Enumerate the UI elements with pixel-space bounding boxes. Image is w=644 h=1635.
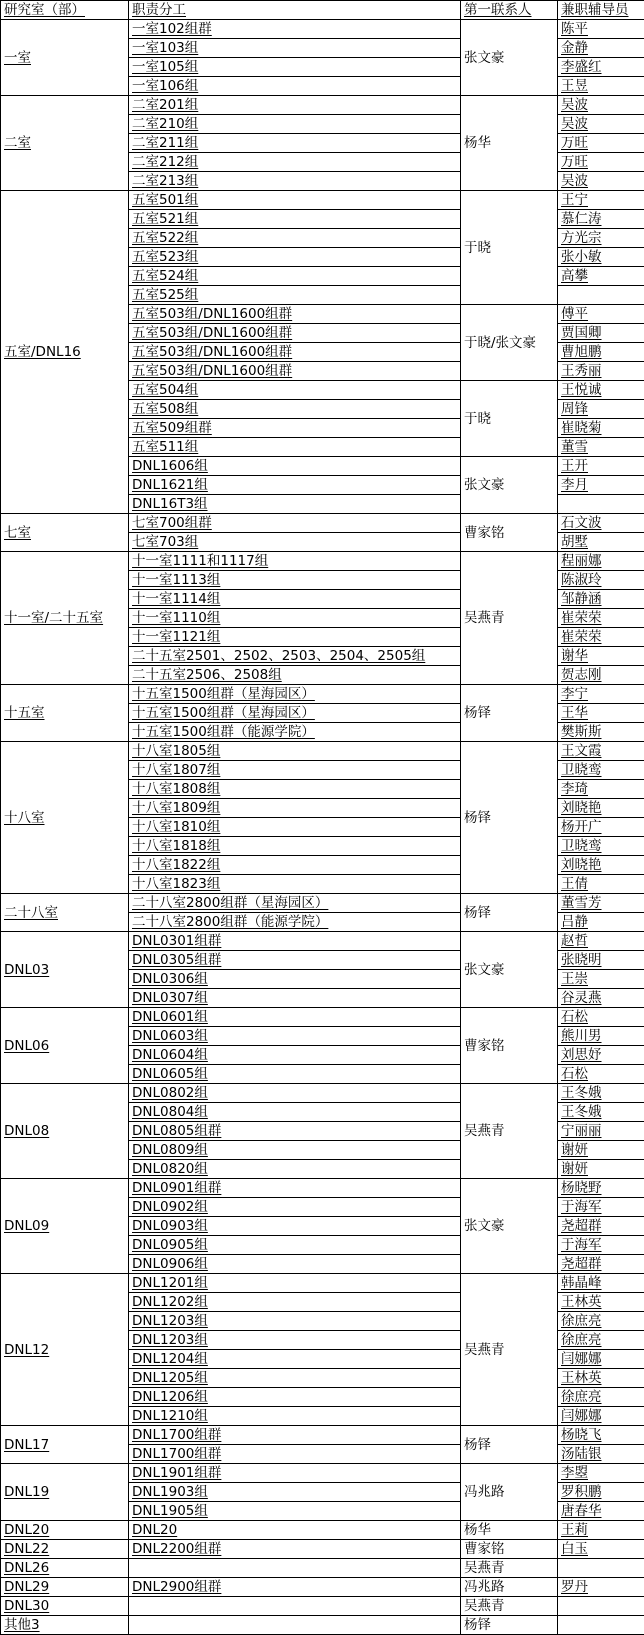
- duty-label: 五室503组/DNL1600组群: [132, 344, 292, 360]
- office-label: DNL17: [4, 1437, 49, 1453]
- counselor-label: 李琦: [561, 781, 588, 797]
- counselor-label: 石松: [561, 1066, 588, 1082]
- duty-label: DNL0306组: [132, 971, 208, 987]
- contact-label: 曹家铭: [464, 1541, 505, 1557]
- contact-cell: 张文豪: [461, 1179, 558, 1274]
- counselor-cell: 杨晓野: [558, 1179, 644, 1198]
- header-duty-label: 职责分工: [132, 2, 186, 18]
- duty-label: DNL0906组: [132, 1256, 208, 1272]
- duty-label: DNL1901组群: [132, 1465, 221, 1481]
- counselor-cell: 陈淑玲: [558, 571, 644, 590]
- duty-label: DNL2200组群: [132, 1541, 221, 1557]
- counselor-label: 刘晓艳: [561, 800, 602, 816]
- duty-label: 十一室1121组: [132, 629, 220, 645]
- duty-label: DNL1903组: [132, 1484, 208, 1500]
- duty-cell: DNL20: [129, 1521, 461, 1540]
- duty-label: DNL2900组群: [132, 1579, 221, 1595]
- duty-label: 二十八室2800组群（能源学院）: [132, 914, 328, 930]
- counselor-cell: 刘思妤: [558, 1046, 644, 1065]
- counselor-cell: 陈平: [558, 20, 644, 39]
- contact-cell: 杨铎: [461, 685, 558, 742]
- duty-cell: 十一室1113组: [129, 571, 461, 590]
- counselor-label: 张小敏: [561, 249, 602, 265]
- office-cell: 七室: [1, 514, 129, 552]
- table-row: DNL20DNL20杨华王莉: [1, 1521, 644, 1540]
- duty-label: 五室503组/DNL1600组群: [132, 325, 292, 341]
- counselor-label: 王文霞: [561, 743, 602, 759]
- duty-label: DNL1210组: [132, 1408, 208, 1424]
- duty-label: DNL0805组群: [132, 1123, 221, 1139]
- counselor-label: 徐庶亮: [561, 1332, 602, 1348]
- contact-label: 杨铎: [464, 1437, 491, 1453]
- duty-label: 十五室1500组群（能源学院）: [132, 724, 315, 740]
- counselor-label: 高攀: [561, 268, 588, 284]
- counselor-cell: 周锋: [558, 400, 644, 419]
- counselor-cell: 尧超群: [558, 1255, 644, 1274]
- counselor-cell: [558, 1616, 644, 1635]
- duty-cell: 五室521组: [129, 210, 461, 229]
- duty-cell: 十一室1114组: [129, 590, 461, 609]
- duty-cell: 五室508组: [129, 400, 461, 419]
- counselor-label: 王秀丽: [561, 363, 602, 379]
- counselor-label: 石松: [561, 1009, 588, 1025]
- contact-label: 于晓: [464, 240, 491, 256]
- contact-cell: 杨华: [461, 1521, 558, 1540]
- contact-label: 杨华: [464, 135, 491, 151]
- counselor-label: 王昱: [561, 78, 588, 94]
- contact-cell: 曹家铭: [461, 1540, 558, 1559]
- counselor-label: 李宁: [561, 686, 588, 702]
- duty-cell: DNL1905组: [129, 1502, 461, 1521]
- counselor-label: 陈淑玲: [561, 572, 602, 588]
- counselor-label: 刘思妤: [561, 1047, 602, 1063]
- office-label: 二室: [4, 135, 31, 151]
- office-label: DNL09: [4, 1218, 49, 1234]
- duty-cell: DNL0901组群: [129, 1179, 461, 1198]
- counselor-label: 王悦诚: [561, 382, 602, 398]
- counselor-cell: 卫晓鸾: [558, 761, 644, 780]
- counselor-cell: 杨晓飞: [558, 1426, 644, 1445]
- counselor-cell: 崔荣荣: [558, 628, 644, 647]
- table-row: 七室七室700组群曹家铭石文波: [1, 514, 644, 533]
- duty-cell: 十五室1500组群（星海园区）: [129, 685, 461, 704]
- duty-label: 二十八室2800组群（星海园区）: [132, 895, 328, 911]
- duty-cell: DNL0605组: [129, 1065, 461, 1084]
- duty-cell: 十八室1818组: [129, 837, 461, 856]
- office-label: DNL20: [4, 1522, 49, 1538]
- counselor-label: 徐庶亮: [561, 1389, 602, 1405]
- office-cell: DNL22: [1, 1540, 129, 1559]
- duty-cell: DNL1210组: [129, 1407, 461, 1426]
- counselor-cell: 谢妍: [558, 1160, 644, 1179]
- counselor-cell: 石文波: [558, 514, 644, 533]
- duty-cell: 五室509组群: [129, 419, 461, 438]
- duty-label: 五室511组: [132, 439, 198, 455]
- counselor-label: 方光宗: [561, 230, 602, 246]
- office-cell: DNL30: [1, 1597, 129, 1616]
- counselor-cell: 方光宗: [558, 229, 644, 248]
- duty-label: 十八室1810组: [132, 819, 220, 835]
- counselor-cell: 王冬娥: [558, 1103, 644, 1122]
- counselor-label: 董雪: [561, 439, 588, 455]
- duty-cell: 十八室1822组: [129, 856, 461, 875]
- duty-label: 二十五室2501、2502、2503、2504、2505组: [132, 648, 425, 664]
- office-label: 七室: [4, 525, 31, 541]
- counselor-cell: 吴波: [558, 172, 644, 191]
- duty-label: 二十五室2506、2508组: [132, 667, 282, 683]
- duty-label: DNL1203组: [132, 1313, 208, 1329]
- office-label: 五室/DNL16: [4, 344, 81, 360]
- duty-cell: 五室503组/DNL1600组群: [129, 324, 461, 343]
- duty-label: DNL1700组群: [132, 1427, 221, 1443]
- duty-cell: 五室501组: [129, 191, 461, 210]
- duty-label: 十五室1500组群（星海园区）: [132, 705, 315, 721]
- duty-cell: DNL1621组: [129, 476, 461, 495]
- duty-cell: DNL1204组: [129, 1350, 461, 1369]
- duty-label: DNL0901组群: [132, 1180, 221, 1196]
- duty-cell: 十八室1809组: [129, 799, 461, 818]
- duty-cell: 二室213组: [129, 172, 461, 191]
- office-cell: 二十八室: [1, 894, 129, 932]
- counselor-cell: 汤陆银: [558, 1445, 644, 1464]
- office-label: DNL12: [4, 1342, 49, 1358]
- table-row: DNL30吴燕青: [1, 1597, 644, 1616]
- duty-cell: DNL1203组: [129, 1312, 461, 1331]
- counselor-cell: 董雪: [558, 438, 644, 457]
- counselor-cell: 王宁: [558, 191, 644, 210]
- counselor-label: 贺志刚: [561, 667, 602, 683]
- office-label: 十五室: [4, 705, 45, 721]
- duty-cell: 二十五室2501、2502、2503、2504、2505组: [129, 647, 461, 666]
- office-cell: 五室/DNL16: [1, 191, 129, 514]
- counselor-label: 杨晓野: [561, 1180, 602, 1196]
- office-label: 一室: [4, 50, 31, 66]
- office-cell: DNL26: [1, 1559, 129, 1578]
- counselor-label: 卫晓鸾: [561, 838, 602, 854]
- office-label: DNL29: [4, 1579, 49, 1595]
- table-row: 十一室/二十五室十一室1111和1117组吴燕青程丽娜: [1, 552, 644, 571]
- duty-cell: DNL1903组: [129, 1483, 461, 1502]
- table-row: DNL06DNL0601组曹家铭石松: [1, 1008, 644, 1027]
- table-row: 二十八室二十八室2800组群（星海园区）杨铎董雪芳: [1, 894, 644, 913]
- counselor-cell: 韩晶峰: [558, 1274, 644, 1293]
- counselor-cell: 王华: [558, 704, 644, 723]
- duty-label: 五室504组: [132, 382, 198, 398]
- duty-label: 五室525组: [132, 287, 198, 303]
- office-label: DNL03: [4, 962, 49, 978]
- office-cell: DNL08: [1, 1084, 129, 1179]
- counselor-label: 王宁: [561, 192, 588, 208]
- counselor-cell: [558, 286, 644, 305]
- counselor-cell: 徐庶亮: [558, 1331, 644, 1350]
- counselor-label: 董雪芳: [561, 895, 602, 911]
- duty-label: 一室106组: [132, 78, 198, 94]
- duty-label: 五室508组: [132, 401, 198, 417]
- contact-label: 杨铎: [464, 1617, 491, 1633]
- counselor-cell: 曹旭鹏: [558, 343, 644, 362]
- counselor-label: 白玉: [561, 1541, 588, 1557]
- office-label: 二十八室: [4, 905, 58, 921]
- office-cell: DNL12: [1, 1274, 129, 1426]
- contact-label: 张文豪: [464, 1218, 505, 1234]
- duty-cell: DNL0802组: [129, 1084, 461, 1103]
- counselor-label: 吕静: [561, 914, 588, 930]
- counselor-cell: 金静: [558, 39, 644, 58]
- duty-label: DNL0603组: [132, 1028, 208, 1044]
- duty-label: DNL1621组: [132, 477, 208, 493]
- office-label: 其他3: [4, 1617, 40, 1633]
- counselor-label: 唐春华: [561, 1503, 602, 1519]
- duty-cell: DNL2900组群: [129, 1578, 461, 1597]
- counselor-label: 金静: [561, 40, 588, 56]
- contact-label: 冯兆路: [464, 1484, 505, 1500]
- counselor-label: 刘晓艳: [561, 857, 602, 873]
- duty-cell: 十一室1110组: [129, 609, 461, 628]
- header-contact-label: 第一联系人: [464, 2, 532, 18]
- header-cell-office: 研究室（部）: [1, 1, 129, 20]
- duty-assignment-table: 研究室（部） 职责分工 第一联系人 兼职辅导员 一室一室102组群张文豪陈平一室…: [0, 0, 644, 1635]
- contact-cell: 杨铎: [461, 742, 558, 894]
- counselor-cell: 王冬娥: [558, 1084, 644, 1103]
- duty-label: 五室522组: [132, 230, 198, 246]
- counselor-label: 王冬娥: [561, 1104, 602, 1120]
- duty-label: DNL0804组: [132, 1104, 208, 1120]
- duty-cell: DNL0804组: [129, 1103, 461, 1122]
- duty-cell: 十五室1500组群（星海园区）: [129, 704, 461, 723]
- duty-label: 五室523组: [132, 249, 198, 265]
- duty-label: 十八室1808组: [132, 781, 220, 797]
- duty-label: 一室103组: [132, 40, 198, 56]
- counselor-cell: 王莉: [558, 1521, 644, 1540]
- duty-label: DNL0809组: [132, 1142, 208, 1158]
- duty-cell: 二十五室2506、2508组: [129, 666, 461, 685]
- duty-label: DNL1206组: [132, 1389, 208, 1405]
- duty-label: 十八室1823组: [132, 876, 220, 892]
- counselor-cell: 吴波: [558, 115, 644, 134]
- duty-label: DNL16T3组: [132, 496, 208, 512]
- contact-cell: 于晓/张文豪: [461, 305, 558, 381]
- counselor-label: 万旺: [561, 154, 588, 170]
- duty-cell: 一室102组群: [129, 20, 461, 39]
- header-cell-duty: 职责分工: [129, 1, 461, 20]
- contact-cell: 于晓: [461, 381, 558, 457]
- table-row: 五室/DNL16五室501组于晓王宁: [1, 191, 644, 210]
- table-row: DNL08DNL0802组吴燕青王冬娥: [1, 1084, 644, 1103]
- counselor-cell: 慕仁涛: [558, 210, 644, 229]
- counselor-label: 樊斯斯: [561, 724, 602, 740]
- duty-label: DNL0604组: [132, 1047, 208, 1063]
- table-row: DNL17DNL1700组群杨铎杨晓飞: [1, 1426, 644, 1445]
- counselor-cell: 张小敏: [558, 248, 644, 267]
- counselor-cell: 徐庶亮: [558, 1388, 644, 1407]
- duty-label: 二室213组: [132, 173, 198, 189]
- contact-label: 曹家铭: [464, 525, 505, 541]
- duty-label: DNL20: [132, 1522, 177, 1538]
- counselor-cell: 邹静涵: [558, 590, 644, 609]
- counselor-label: 李曌: [561, 1465, 588, 1481]
- office-label: 十一室/二十五室: [4, 610, 103, 626]
- counselor-label: 熊川男: [561, 1028, 602, 1044]
- office-cell: 十五室: [1, 685, 129, 742]
- duty-label: DNL1203组: [132, 1332, 208, 1348]
- counselor-cell: 白玉: [558, 1540, 644, 1559]
- duty-label: DNL0802组: [132, 1085, 208, 1101]
- counselor-cell: 尧超群: [558, 1217, 644, 1236]
- office-cell: DNL06: [1, 1008, 129, 1084]
- counselor-cell: 谷灵燕: [558, 989, 644, 1008]
- duty-cell: DNL0805组群: [129, 1122, 461, 1141]
- counselor-cell: 李宁: [558, 685, 644, 704]
- contact-label: 张文豪: [464, 50, 505, 66]
- duty-label: DNL1606组: [132, 458, 208, 474]
- contact-cell: 吴燕青: [461, 1597, 558, 1616]
- counselor-cell: [558, 1559, 644, 1578]
- counselor-cell: 刘晓艳: [558, 799, 644, 818]
- contact-label: 吴燕青: [464, 1342, 505, 1358]
- table-row: 一室一室102组群张文豪陈平: [1, 20, 644, 39]
- counselor-cell: 熊川男: [558, 1027, 644, 1046]
- office-label: DNL26: [4, 1560, 49, 1576]
- header-cell-counselor: 兼职辅导员: [558, 1, 644, 20]
- contact-label: 于晓: [464, 411, 491, 427]
- counselor-cell: 徐庶亮: [558, 1312, 644, 1331]
- counselor-cell: 王昱: [558, 77, 644, 96]
- duty-cell: DNL0601组: [129, 1008, 461, 1027]
- counselor-label: 王冬娥: [561, 1085, 602, 1101]
- duty-label: 十八室1822组: [132, 857, 220, 873]
- counselor-label: 汤陆银: [561, 1446, 602, 1462]
- counselor-label: 韩晶峰: [561, 1275, 602, 1291]
- duty-label: DNL0305组群: [132, 952, 221, 968]
- duty-cell: DNL0903组: [129, 1217, 461, 1236]
- counselor-label: 尧超群: [561, 1256, 602, 1272]
- counselor-label: 王崇: [561, 971, 588, 987]
- duty-cell: 五室524组: [129, 267, 461, 286]
- header-counselor-label: 兼职辅导员: [561, 2, 629, 18]
- duty-cell: 七室700组群: [129, 514, 461, 533]
- contact-label: 杨铎: [464, 905, 491, 921]
- contact-label: 杨华: [464, 1522, 491, 1538]
- counselor-label: 王倩: [561, 876, 588, 892]
- counselor-cell: 卫晓鸾: [558, 837, 644, 856]
- duty-label: DNL0902组: [132, 1199, 208, 1215]
- contact-cell: 杨铎: [461, 1616, 558, 1635]
- duty-cell: 十八室1810组: [129, 818, 461, 837]
- counselor-label: 谷灵燕: [561, 990, 602, 1006]
- duty-label: 二室201组: [132, 97, 198, 113]
- duty-cell: DNL0902组: [129, 1198, 461, 1217]
- counselor-cell: 刘晓艳: [558, 856, 644, 875]
- counselor-cell: 于海军: [558, 1198, 644, 1217]
- contact-label: 杨铎: [464, 810, 491, 826]
- duty-label: 十一室1111和1117组: [132, 553, 268, 569]
- duty-cell: DNL0809组: [129, 1141, 461, 1160]
- counselor-label: 吴波: [561, 116, 588, 132]
- table-row: 二室二室201组杨华吴波: [1, 96, 644, 115]
- contact-cell: 冯兆路: [461, 1464, 558, 1521]
- duty-label: 一室102组群: [132, 21, 212, 37]
- duty-cell: 五室504组: [129, 381, 461, 400]
- contact-label: 张文豪: [464, 962, 505, 978]
- duty-cell: DNL1203组: [129, 1331, 461, 1350]
- counselor-label: 吴波: [561, 97, 588, 113]
- duty-label: 七室703组: [132, 534, 198, 550]
- duty-cell: 十八室1807组: [129, 761, 461, 780]
- office-cell: 其他3: [1, 1616, 129, 1635]
- counselor-cell: 崔荣荣: [558, 609, 644, 628]
- office-cell: DNL03: [1, 932, 129, 1008]
- duty-cell: DNL0906组: [129, 1255, 461, 1274]
- duty-cell: 一室106组: [129, 77, 461, 96]
- counselor-cell: 闫娜娜: [558, 1407, 644, 1426]
- counselor-label: 曹旭鹏: [561, 344, 602, 360]
- duty-cell: DNL0305组群: [129, 951, 461, 970]
- duty-cell: DNL0905组: [129, 1236, 461, 1255]
- contact-label: 曹家铭: [464, 1038, 505, 1054]
- office-cell: DNL17: [1, 1426, 129, 1464]
- duty-label: 七室700组群: [132, 515, 212, 531]
- header-office-label: 研究室（部）: [4, 2, 85, 18]
- duty-label: 二室211组: [132, 135, 198, 151]
- counselor-cell: 李月: [558, 476, 644, 495]
- duty-cell: DNL1201组: [129, 1274, 461, 1293]
- contact-label: 吴燕青: [464, 1560, 505, 1576]
- office-cell: DNL09: [1, 1179, 129, 1274]
- duty-cell: 一室105组: [129, 58, 461, 77]
- office-cell: DNL20: [1, 1521, 129, 1540]
- counselor-cell: 高攀: [558, 267, 644, 286]
- counselor-cell: 李曌: [558, 1464, 644, 1483]
- duty-label: DNL1202组: [132, 1294, 208, 1310]
- counselor-cell: 唐春华: [558, 1502, 644, 1521]
- duty-label: DNL1700组群: [132, 1446, 221, 1462]
- contact-cell: 吴燕青: [461, 1084, 558, 1179]
- counselor-cell: 吕静: [558, 913, 644, 932]
- counselor-cell: 谢妍: [558, 1141, 644, 1160]
- duty-label: 五室501组: [132, 192, 198, 208]
- duty-cell: 五室511组: [129, 438, 461, 457]
- duty-label: DNL1204组: [132, 1351, 208, 1367]
- office-cell: 十八室: [1, 742, 129, 894]
- contact-cell: 吴燕青: [461, 1274, 558, 1426]
- contact-cell: 曹家铭: [461, 1008, 558, 1084]
- duty-cell: 十八室1805组: [129, 742, 461, 761]
- duty-label: 十五室1500组群（星海园区）: [132, 686, 315, 702]
- duty-cell: DNL1700组群: [129, 1445, 461, 1464]
- duty-label: 十一室1114组: [132, 591, 220, 607]
- duty-label: DNL0301组群: [132, 933, 221, 949]
- duty-cell: 五室503组/DNL1600组群: [129, 362, 461, 381]
- counselor-cell: 石松: [558, 1065, 644, 1084]
- duty-label: DNL0605组: [132, 1066, 208, 1082]
- counselor-label: 闫娜娜: [561, 1351, 602, 1367]
- office-label: 十八室: [4, 810, 45, 826]
- counselor-cell: 赵哲: [558, 932, 644, 951]
- counselor-label: 王开: [561, 458, 588, 474]
- counselor-cell: 宁丽丽: [558, 1122, 644, 1141]
- office-cell: DNL19: [1, 1464, 129, 1521]
- duty-label: 十八室1818组: [132, 838, 220, 854]
- counselor-cell: 万旺: [558, 153, 644, 172]
- office-label: DNL08: [4, 1123, 49, 1139]
- contact-label: 于晓/张文豪: [464, 335, 536, 351]
- counselor-cell: 谢华: [558, 647, 644, 666]
- counselor-label: 吴波: [561, 173, 588, 189]
- office-label: DNL06: [4, 1038, 49, 1054]
- counselor-label: 慕仁涛: [561, 211, 602, 227]
- duty-cell: DNL2200组群: [129, 1540, 461, 1559]
- duty-cell: 二十八室2800组群（能源学院）: [129, 913, 461, 932]
